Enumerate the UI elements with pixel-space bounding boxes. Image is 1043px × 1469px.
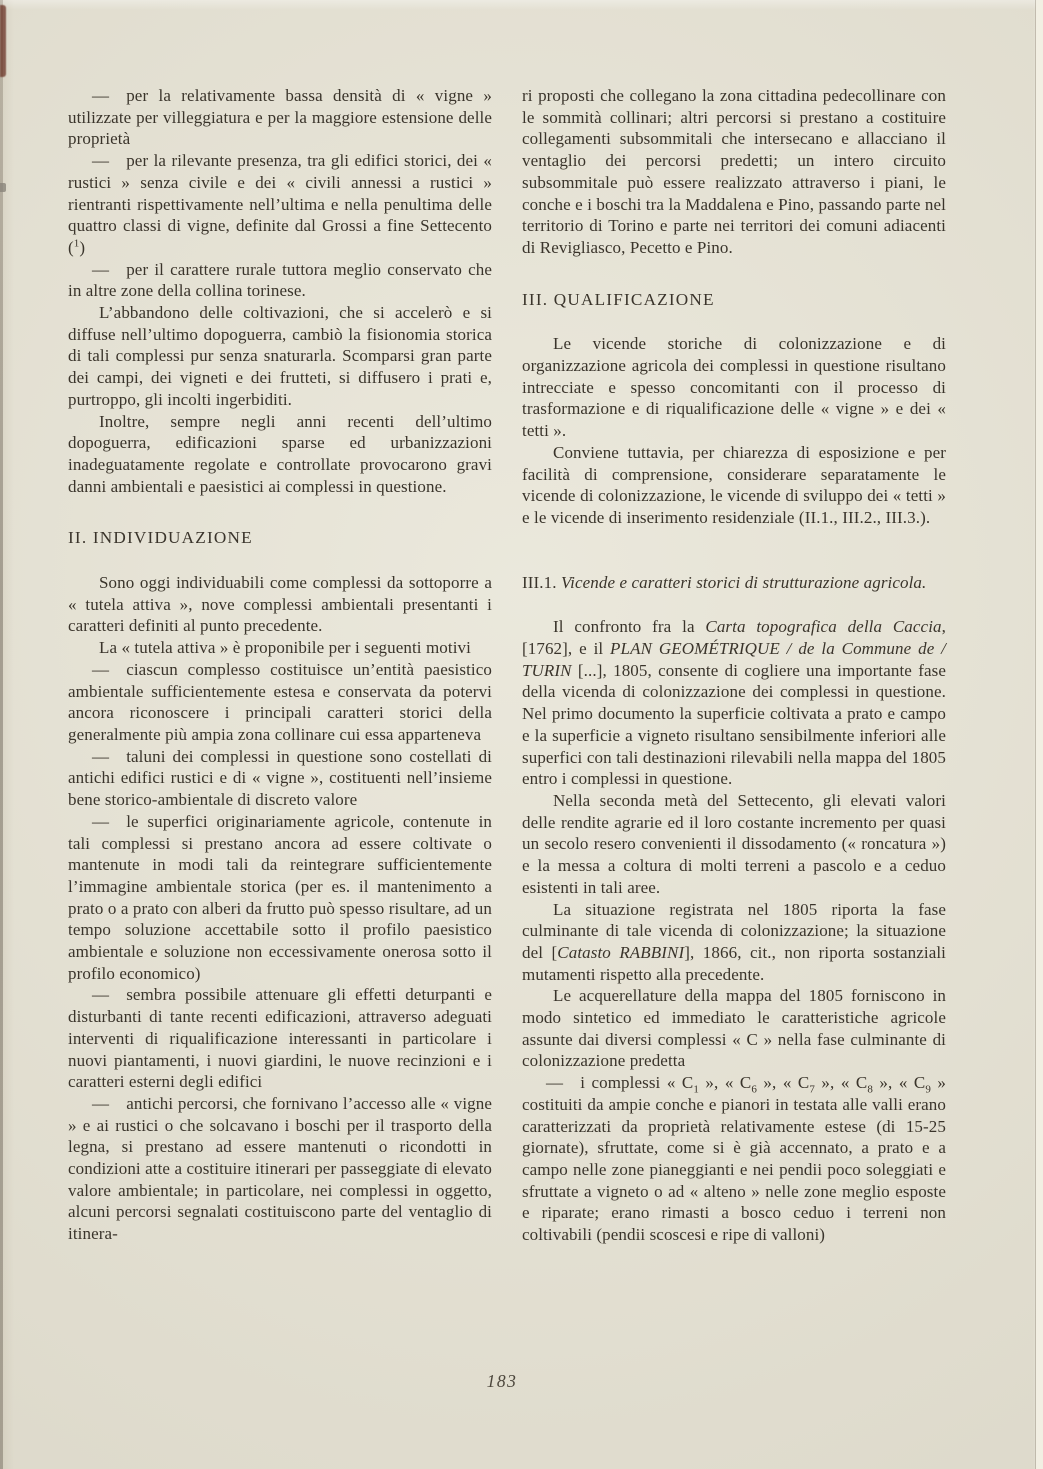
scan-left-edge-shadow (0, 0, 3, 1469)
scan-edge-tick (0, 183, 6, 192)
section-heading: II. INDIVIDUAZIONE (68, 527, 492, 549)
scan-corner-mark (0, 5, 6, 77)
paragraph: La situazione registrata nel 1805 riport… (522, 899, 946, 986)
scanned-page: — per la relativamente bassa densità di … (0, 0, 1043, 1469)
paragraph: — per la relativamente bassa densità di … (68, 85, 492, 150)
paragraph: — antichi percorsi, che fornivano l’acce… (68, 1093, 492, 1245)
paragraph: La « tutela attiva » è proponibile per i… (68, 637, 492, 659)
paragraph: — per il carattere rurale tuttora meglio… (68, 259, 492, 302)
section-heading: III. QUALIFICAZIONE (522, 289, 946, 311)
paragraph: Nella seconda metà del Settecento, gli e… (522, 790, 946, 899)
page-number: 183 (452, 1371, 552, 1392)
paragraph: Le vicende storiche di colonizzazione e … (522, 333, 946, 442)
paragraph: — taluni dei complessi in questione sono… (68, 746, 492, 811)
paragraph: L’abbandono delle coltivazioni, che si a… (68, 302, 492, 411)
subsection-heading: III.1. Vicende e caratteri storici di st… (522, 572, 946, 594)
paragraph: — sembra possibile attenuare gli effetti… (68, 984, 492, 1093)
paragraph: — le superfici originariamente agricole,… (68, 811, 492, 985)
paragraph: — i complessi « C1 », « C6 », « C7 », « … (522, 1072, 946, 1246)
paragraph: Le acquerellature della mappa del 1805 f… (522, 985, 946, 1072)
paragraph: Il confronto fra la Carta topografica de… (522, 616, 946, 790)
scan-right-edge-highlight (1036, 0, 1043, 1469)
paragraph: — per la rilevante presenza, tra gli edi… (68, 150, 492, 259)
paragraph: Inoltre, sempre negli anni recenti dell’… (68, 411, 492, 498)
paragraph: — ciascun complesso costituisce un’entit… (68, 659, 492, 746)
text-column-right: ri proposti che collegano la zona cittad… (522, 85, 946, 1246)
paragraph: ri proposti che collegano la zona cittad… (522, 85, 946, 259)
scan-right-edge-seam (1035, 0, 1036, 1469)
paragraph: Sono oggi individuabili come complessi d… (68, 572, 492, 637)
text-column-left: — per la relativamente bassa densità di … (68, 85, 492, 1245)
paragraph: Conviene tuttavia, per chiarezza di espo… (522, 442, 946, 529)
